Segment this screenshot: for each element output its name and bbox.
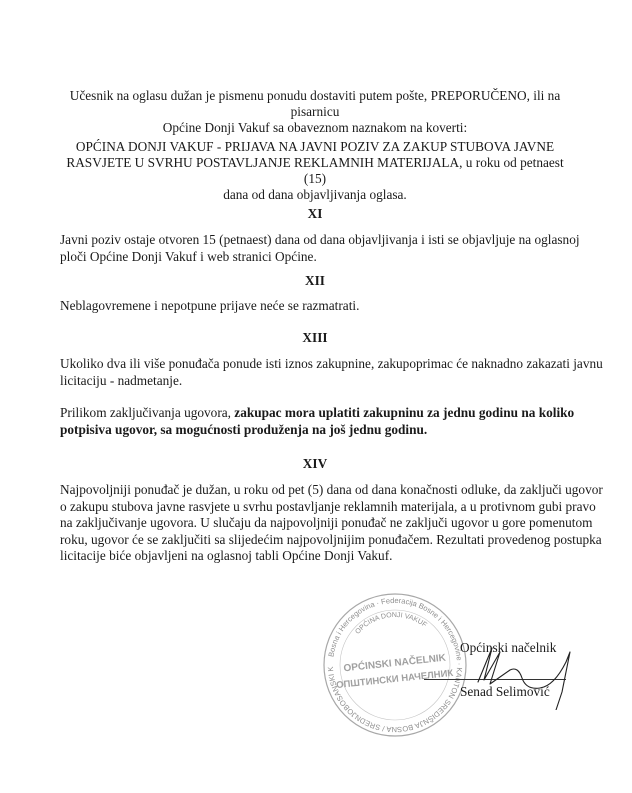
paragraph-line: Najpovoljniji ponuđač je dužan, u roku o…	[60, 482, 570, 499]
intro-line-2: Općine Donji Vakuf sa obaveznom naznakom…	[60, 120, 570, 136]
section-xiv-paragraph: Najpovoljniji ponuđač je dužan, u roku o…	[60, 482, 570, 565]
section-xiii-paragraph-2: Prilikom zaključivanja ugovora, zakupac …	[60, 405, 570, 438]
section-heading-xiv: XIV	[60, 456, 570, 472]
document-page: Učesnik na oglasu dužan je pismenu ponud…	[0, 0, 632, 793]
envelope-label: OPĆINA DONJI VAKUF - PRIJAVA NA JAVNI PO…	[60, 139, 570, 203]
section-xii-paragraph: Neblagovremene i nepotpune prijave neće …	[60, 298, 570, 315]
paragraph-line: roku, ugovor će se zaključiti sa slijede…	[60, 532, 570, 549]
paragraph-line: ploči Općine Donji Vakuf i web stranici …	[60, 249, 570, 266]
envelope-line-2: RASVJETE U SVRHU POSTAVLJANJE REKLAMNIH …	[60, 155, 570, 187]
normal-text: Prilikom zaključivanja ugovora,	[60, 405, 234, 420]
paragraph-line: Prilikom zaključivanja ugovora, zakupac …	[60, 405, 570, 422]
paragraph-line: na zaključivanje ugovora. U slučaju da n…	[60, 515, 570, 532]
section-heading-xi: XI	[60, 206, 570, 222]
bold-text: potpisiva ugovor, sa mogućnosti produžen…	[60, 422, 427, 437]
handwritten-signature	[470, 640, 580, 710]
section-heading-xiii: XIII	[60, 330, 570, 346]
paragraph-line: Neblagovremene i nepotpune prijave neće …	[60, 298, 570, 315]
section-xi-paragraph: Javni poziv ostaje otvoren 15 (petnaest)…	[60, 232, 570, 265]
envelope-line-3: dana od dana objavljivanja oglasa.	[60, 187, 570, 203]
bold-text: zakupac mora uplatiti zakupninu za jednu…	[234, 405, 574, 420]
paragraph-line: Ukoliko dva ili više ponuđača ponude ist…	[60, 356, 570, 373]
section-heading-xii: XII	[60, 273, 570, 289]
official-stamp: Bosna i Hercegovina · Federacija Bosne i…	[322, 592, 468, 738]
section-xiii-paragraph-1: Ukoliko dva ili više ponuđača ponude ist…	[60, 356, 570, 389]
paragraph-line: potpisiva ugovor, sa mogućnosti produžen…	[60, 422, 570, 439]
envelope-line-1: OPĆINA DONJI VAKUF - PRIJAVA NA JAVNI PO…	[60, 139, 570, 155]
intro-paragraph: Učesnik na oglasu dužan je pismenu ponud…	[60, 88, 570, 136]
intro-line-1: Učesnik na oglasu dužan je pismenu ponud…	[60, 88, 570, 120]
paragraph-line: licitacije biće objavljeni na oglasnoj t…	[60, 548, 570, 565]
stamp-inner-text: OPĆINA DONJI VAKUF	[354, 612, 427, 636]
paragraph-line: licitaciju - nadmetanje.	[60, 373, 570, 390]
paragraph-line: o zakupu stubova javne rasvjete u svrhu …	[60, 499, 570, 516]
paragraph-line: Javni poziv ostaje otvoren 15 (petnaest)…	[60, 232, 570, 249]
